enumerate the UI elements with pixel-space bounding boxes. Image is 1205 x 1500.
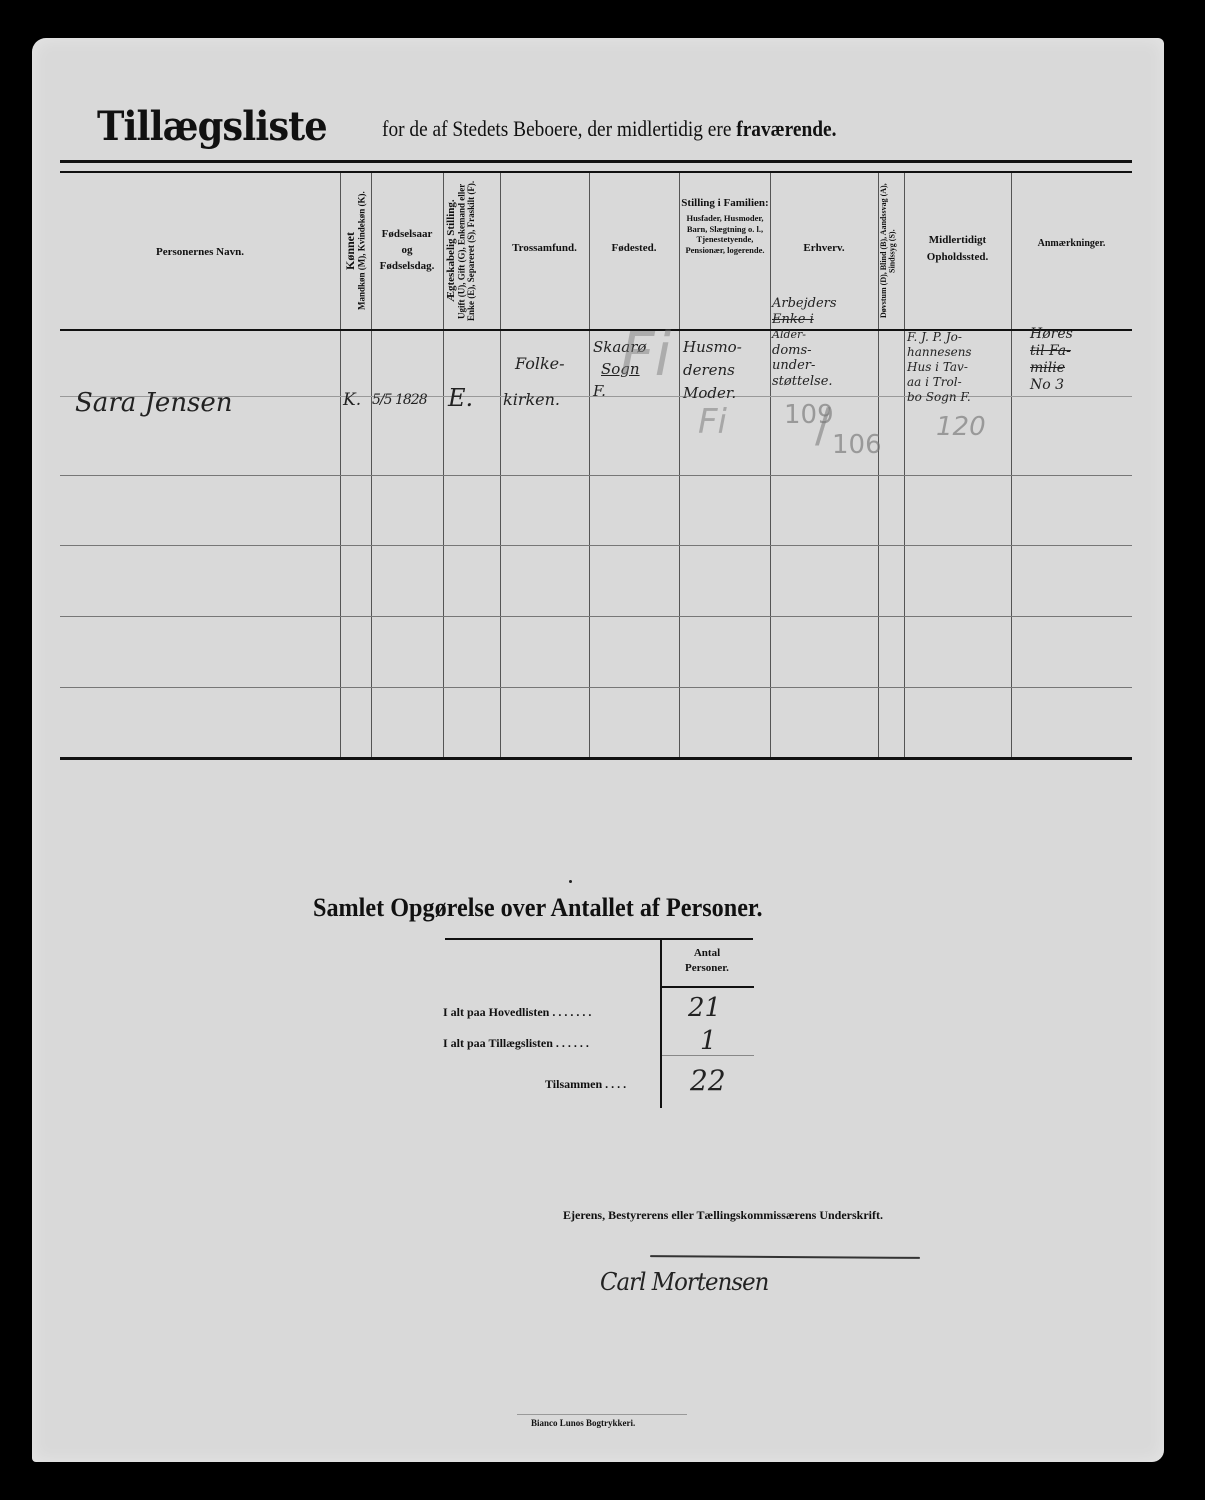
- cell-occupation: Arbejders Enke i Alder- doms- under- stø…: [772, 296, 837, 389]
- cell-remarks-l3: milie: [1030, 360, 1073, 377]
- table-top-rule: [60, 171, 1132, 173]
- table-row-empty: [60, 617, 1132, 687]
- col-header-occupation: Erhverv.: [770, 242, 878, 254]
- col-header-temp-l2: Opholdssted.: [904, 249, 1011, 266]
- pencil-slash: /: [815, 398, 831, 452]
- col-header-disability-label: Døvstum (D), Blind (B), Aandssvag (A), S…: [880, 176, 904, 326]
- summary-value-supplement: 1: [700, 1026, 717, 1056]
- summary-col-header-l1: Antal: [662, 946, 752, 961]
- col-header-family-sub: Husfader, Husmoder, Barn, Slægtning o. l…: [681, 213, 769, 255]
- table-row-empty: [60, 476, 1132, 545]
- table-row-empty: [60, 546, 1132, 616]
- summary-label-main-list: I alt paa Hovedlisten . . . . . . .: [443, 1005, 591, 1020]
- pencil-number-residence: 120: [936, 412, 986, 442]
- pencil-mark-family: Fi: [698, 402, 727, 442]
- subtitle-bold: fraværende.: [736, 116, 836, 141]
- col-header-marital: Ægteskabelig Stilling. Ugift (U), Gift (…: [444, 176, 500, 326]
- col-header-sex-title: Kønnet: [343, 232, 357, 270]
- cell-family-l1: Husmo-: [683, 336, 742, 359]
- summary-value-main-list: 21: [688, 993, 721, 1023]
- summary-top-rule: [445, 938, 753, 940]
- cell-occupation-l3: Alder-: [772, 327, 837, 343]
- printer-imprint: Bianco Lunos Bogtrykkeri.: [531, 1418, 635, 1428]
- cell-occupation-l5: under-: [772, 358, 837, 374]
- col-header-marital-title: Ægteskabelig Stilling.: [445, 200, 457, 303]
- cell-family-l2: derens: [683, 359, 742, 382]
- col-header-religion: Trossamfund.: [500, 242, 589, 254]
- cell-occupation-l1: Arbejders: [772, 296, 837, 312]
- table-bottom-rule: [60, 757, 1132, 760]
- col-header-birthplace: Fødested.: [589, 242, 679, 254]
- cell-name: Sara Jensen: [75, 388, 233, 418]
- cell-occupation-l6: støttelse.: [772, 374, 837, 390]
- col-header-temp-l1: Midlertidigt: [904, 232, 1011, 249]
- cell-remarks-l4: No 3: [1030, 377, 1073, 394]
- form-title: Tillægsliste: [97, 103, 327, 150]
- cell-temp-l4: aa i Trol-: [907, 375, 972, 390]
- col-header-family-title: Stilling i Familien:: [681, 196, 769, 210]
- cell-occupation-l2: Enke i: [772, 312, 837, 328]
- summary-value-total: 22: [690, 1064, 726, 1097]
- cell-remarks-l1: Høres: [1030, 326, 1073, 343]
- signature-value: Carl Mortensen: [600, 1268, 768, 1296]
- cell-temp-l3: Hus i Tav-: [907, 360, 972, 375]
- cell-marital: E.: [448, 384, 473, 412]
- col-header-disability: Døvstum (D), Blind (B), Aandssvag (A), S…: [879, 176, 904, 326]
- cell-birth: 5/5 1828: [372, 392, 427, 408]
- cell-remarks-l2: til Fa-: [1030, 343, 1073, 360]
- table-row-empty: [60, 688, 1132, 757]
- cell-religion-l1: Folke-: [503, 346, 565, 382]
- summary-title: Samlet Opgørelse over Antallet af Person…: [313, 893, 762, 923]
- col-header-temp-residence: Midlertidigt Opholdssted.: [904, 232, 1011, 266]
- cell-temp-residence: F. J. P. Jo- hannesens Hus i Tav- aa i T…: [907, 330, 972, 405]
- col-header-sex: Kønnet Mandkøn (M), Kvindekøn (K).: [341, 176, 371, 326]
- col-header-family-position: Stilling i Familien: Husfader, Husmoder,…: [681, 196, 769, 255]
- stray-dot: [569, 880, 572, 883]
- summary-col-header-l2: Personer.: [662, 961, 752, 976]
- cell-religion-l2: kirken.: [503, 382, 565, 418]
- col-header-birth-l3: Fødselsdag.: [371, 258, 443, 274]
- col-header-birth-l1: Fødselsaar: [371, 226, 443, 242]
- printer-rule: [517, 1414, 687, 1415]
- title-rule: [60, 160, 1132, 163]
- signature-label: Ejerens, Bestyrerens eller Tællingskommi…: [563, 1208, 883, 1223]
- col-header-birth-l2: og: [371, 242, 443, 258]
- summary-label-supplement: I alt paa Tillægslisten . . . . . .: [443, 1036, 589, 1051]
- summary-col-header: Antal Personer.: [662, 946, 752, 976]
- col-header-name: Personernes Navn.: [60, 246, 340, 258]
- cell-religion: Folke- kirken.: [503, 346, 565, 418]
- cell-temp-l5: bo Sogn F.: [907, 390, 972, 405]
- form-subtitle: for de af Stedets Beboere, der midlertid…: [382, 116, 836, 142]
- cell-family-position: Husmo- derens Moder.: [683, 336, 742, 405]
- col-header-birth: Fødselsaar og Fødselsdag.: [371, 226, 443, 274]
- subtitle-text: for de af Stedets Beboere, der midlertid…: [382, 116, 731, 141]
- col-header-sex-sub: Mandkøn (M), Kvindekøn (K).: [357, 192, 367, 311]
- cell-sex: K.: [343, 390, 361, 410]
- summary-header-rule: [662, 986, 754, 988]
- pencil-number-2: 106: [832, 430, 882, 460]
- cell-remarks: Høres til Fa- milie No 3: [1030, 326, 1073, 394]
- cell-temp-l2: hannesens: [907, 345, 972, 360]
- pencil-mark-birthplace: Fi: [620, 320, 671, 390]
- cell-occupation-l4: doms-: [772, 343, 837, 359]
- summary-label-total: Tilsammen . . . .: [545, 1077, 626, 1092]
- col-header-remarks: Anmærkninger.: [1011, 238, 1132, 249]
- col-header-marital-sub: Ugift (U), Gift (G), Enkemand eller Enke…: [457, 181, 476, 321]
- cell-temp-l1: F. J. P. Jo-: [907, 330, 972, 345]
